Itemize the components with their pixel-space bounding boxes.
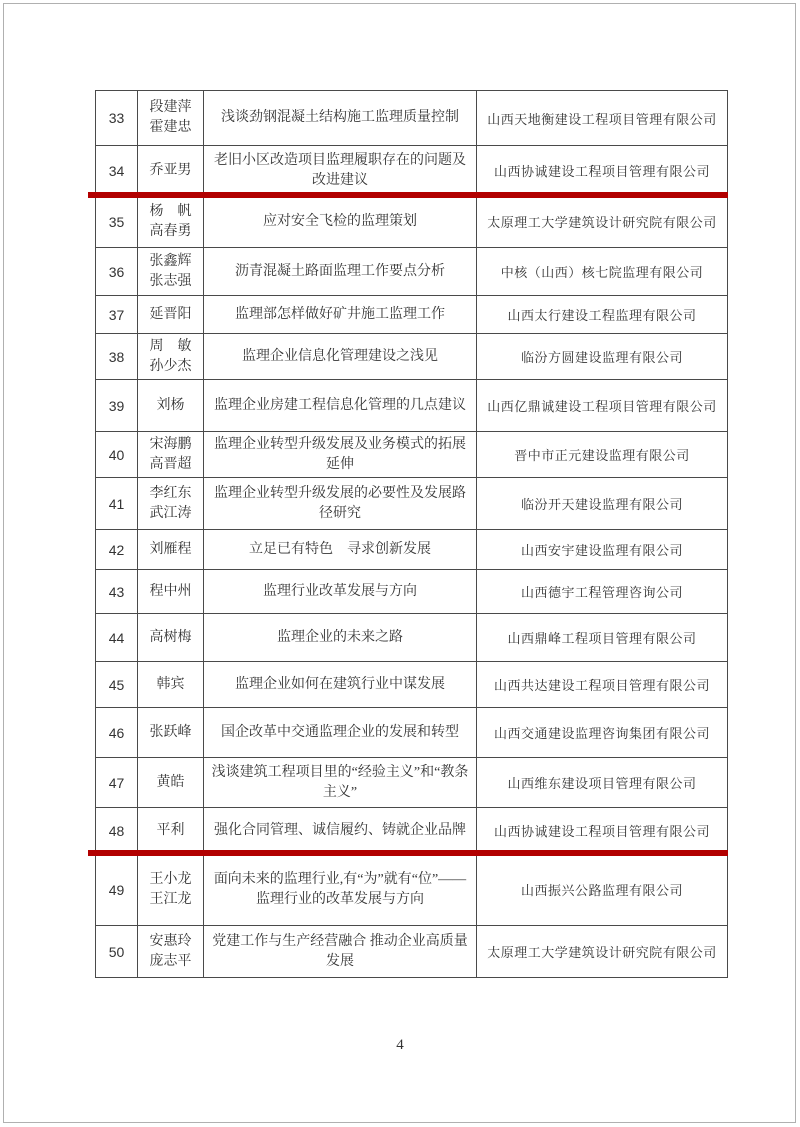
- table-row: 41李红东武江涛监理企业转型升级发展的必要性及发展路径研究临汾开天建设监理有限公…: [96, 478, 728, 530]
- company-name-cell: 山西振兴公路监理有限公司: [477, 854, 728, 926]
- author-name: 延晋阳: [142, 305, 199, 325]
- row-number-cell: 40: [96, 432, 138, 478]
- author-name: 刘杨: [142, 396, 199, 416]
- author-name: 程中州: [142, 582, 199, 602]
- author-name: 黄皓: [142, 773, 199, 793]
- author-names-cell: 韩宾: [138, 662, 204, 708]
- author-name: 霍建忠: [142, 118, 199, 138]
- paper-title-cell: 应对安全飞检的监理策划: [204, 196, 477, 248]
- table-row: 38周 敏孙少杰监理企业信息化管理建设之浅见临汾方圆建设监理有限公司: [96, 334, 728, 380]
- row-number-cell: 33: [96, 91, 138, 146]
- author-name: 王小龙: [142, 870, 199, 890]
- table-wrapper: 33段建萍霍建忠浅谈劲钢混凝土结构施工监理质量控制山西天地衡建设工程项目管理有限…: [95, 90, 727, 978]
- company-name-cell: 太原理工大学建筑设计研究院有限公司: [477, 926, 728, 978]
- page-number: 4: [0, 1037, 800, 1054]
- paper-title-cell: 沥青混凝土路面监理工作要点分析: [204, 248, 477, 296]
- table-row: 47黄皓浅谈建筑工程项目里的“经验主义”和“教条主义”山西维东建设项目管理有限公…: [96, 758, 728, 808]
- paper-title-cell: 国企改革中交通监理企业的发展和转型: [204, 708, 477, 758]
- row-number-cell: 49: [96, 854, 138, 926]
- paper-title-cell: 监理企业的未来之路: [204, 614, 477, 662]
- row-number-cell: 39: [96, 380, 138, 432]
- table-row: 42刘雁程立足已有特色 寻求创新发展山西安宇建设监理有限公司: [96, 530, 728, 570]
- author-name: 杨 帆: [142, 202, 199, 222]
- paper-title-cell: 立足已有特色 寻求创新发展: [204, 530, 477, 570]
- author-names-cell: 乔亚男: [138, 146, 204, 196]
- row-number-cell: 48: [96, 808, 138, 854]
- company-name-cell: 山西亿鼎诚建设工程项目管理有限公司: [477, 380, 728, 432]
- row-number-cell: 38: [96, 334, 138, 380]
- author-name: 高春勇: [142, 222, 199, 242]
- table-row: 43程中州监理行业改革发展与方向山西德宇工程管理咨询公司: [96, 570, 728, 614]
- author-name: 周 敏: [142, 337, 199, 357]
- paper-title-cell: 浅谈劲钢混凝土结构施工监理质量控制: [204, 91, 477, 146]
- company-name-cell: 山西协诚建设工程项目管理有限公司: [477, 146, 728, 196]
- row-number-cell: 50: [96, 926, 138, 978]
- company-name-cell: 晋中市正元建设监理有限公司: [477, 432, 728, 478]
- table-row: 40宋海鹏高晋超监理企业转型升级发展及业务模式的拓展延伸晋中市正元建设监理有限公…: [96, 432, 728, 478]
- author-name: 刘雁程: [142, 540, 199, 560]
- table-row: 37延晋阳监理部怎样做好矿井施工监理工作山西太行建设工程监理有限公司: [96, 296, 728, 334]
- paper-title-cell: 老旧小区改造项目监理履职存在的问题及改进建议: [204, 146, 477, 196]
- author-names-cell: 高树梅: [138, 614, 204, 662]
- table-row: 44高树梅监理企业的未来之路山西鼎峰工程项目管理有限公司: [96, 614, 728, 662]
- author-names-cell: 王小龙王江龙: [138, 854, 204, 926]
- row-number-cell: 46: [96, 708, 138, 758]
- paper-title-cell: 监理企业信息化管理建设之浅见: [204, 334, 477, 380]
- paper-title-cell: 监理企业转型升级发展及业务模式的拓展延伸: [204, 432, 477, 478]
- author-name: 高树梅: [142, 628, 199, 648]
- row-number-cell: 47: [96, 758, 138, 808]
- author-names-cell: 张跃峰: [138, 708, 204, 758]
- company-name-cell: 山西天地衡建设工程项目管理有限公司: [477, 91, 728, 146]
- row-number-cell: 45: [96, 662, 138, 708]
- table-row: 34乔亚男老旧小区改造项目监理履职存在的问题及改进建议山西协诚建设工程项目管理有…: [96, 146, 728, 196]
- row-number-cell: 34: [96, 146, 138, 196]
- author-names-cell: 张鑫辉张志强: [138, 248, 204, 296]
- author-names-cell: 延晋阳: [138, 296, 204, 334]
- table-row: 46张跃峰国企改革中交通监理企业的发展和转型山西交通建设监理咨询集团有限公司: [96, 708, 728, 758]
- table-row: 36张鑫辉张志强沥青混凝土路面监理工作要点分析中核（山西）核七院监理有限公司: [96, 248, 728, 296]
- company-name-cell: 中核（山西）核七院监理有限公司: [477, 248, 728, 296]
- author-names-cell: 平利: [138, 808, 204, 854]
- author-names-cell: 安惠玲庞志平: [138, 926, 204, 978]
- table-row: 48平利强化合同管理、诚信履约、铸就企业品牌山西协诚建设工程项目管理有限公司: [96, 808, 728, 854]
- author-name: 韩宾: [142, 675, 199, 695]
- company-name-cell: 山西鼎峰工程项目管理有限公司: [477, 614, 728, 662]
- company-name-cell: 山西交通建设监理咨询集团有限公司: [477, 708, 728, 758]
- papers-table: 33段建萍霍建忠浅谈劲钢混凝土结构施工监理质量控制山西天地衡建设工程项目管理有限…: [95, 90, 728, 978]
- author-name: 张跃峰: [142, 723, 199, 743]
- author-name: 段建萍: [142, 98, 199, 118]
- row-number-cell: 43: [96, 570, 138, 614]
- table-row: 35杨 帆高春勇应对安全飞检的监理策划太原理工大学建筑设计研究院有限公司: [96, 196, 728, 248]
- company-name-cell: 山西维东建设项目管理有限公司: [477, 758, 728, 808]
- table-row: 49王小龙王江龙面向未来的监理行业,有“为”就有“位”——监理行业的改革发展与方…: [96, 854, 728, 926]
- author-names-cell: 黄皓: [138, 758, 204, 808]
- company-name-cell: 山西协诚建设工程项目管理有限公司: [477, 808, 728, 854]
- author-name: 平利: [142, 821, 199, 841]
- company-name-cell: 太原理工大学建筑设计研究院有限公司: [477, 196, 728, 248]
- company-name-cell: 山西安宇建设监理有限公司: [477, 530, 728, 570]
- row-number-cell: 36: [96, 248, 138, 296]
- company-name-cell: 临汾方圆建设监理有限公司: [477, 334, 728, 380]
- author-names-cell: 杨 帆高春勇: [138, 196, 204, 248]
- red-divider-line: [88, 850, 728, 856]
- paper-title-cell: 监理行业改革发展与方向: [204, 570, 477, 614]
- paper-title-cell: 面向未来的监理行业,有“为”就有“位”——监理行业的改革发展与方向: [204, 854, 477, 926]
- row-number-cell: 42: [96, 530, 138, 570]
- company-name-cell: 山西太行建设工程监理有限公司: [477, 296, 728, 334]
- author-names-cell: 段建萍霍建忠: [138, 91, 204, 146]
- author-name: 宋海鹏: [142, 435, 199, 455]
- author-names-cell: 刘杨: [138, 380, 204, 432]
- company-name-cell: 山西德宇工程管理咨询公司: [477, 570, 728, 614]
- author-names-cell: 程中州: [138, 570, 204, 614]
- paper-title-cell: 强化合同管理、诚信履约、铸就企业品牌: [204, 808, 477, 854]
- paper-title-cell: 监理企业房建工程信息化管理的几点建议: [204, 380, 477, 432]
- author-names-cell: 李红东武江涛: [138, 478, 204, 530]
- author-name: 武江涛: [142, 504, 199, 524]
- document-page: 33段建萍霍建忠浅谈劲钢混凝土结构施工监理质量控制山西天地衡建设工程项目管理有限…: [0, 0, 800, 1127]
- author-name: 安惠玲: [142, 932, 199, 952]
- table-body: 33段建萍霍建忠浅谈劲钢混凝土结构施工监理质量控制山西天地衡建设工程项目管理有限…: [96, 91, 728, 978]
- author-name: 庞志平: [142, 952, 199, 972]
- author-names-cell: 刘雁程: [138, 530, 204, 570]
- author-names-cell: 宋海鹏高晋超: [138, 432, 204, 478]
- author-name: 李红东: [142, 484, 199, 504]
- table-row: 45韩宾监理企业如何在建筑行业中谋发展山西共达建设工程项目管理有限公司: [96, 662, 728, 708]
- author-name: 高晋超: [142, 455, 199, 475]
- paper-title-cell: 监理部怎样做好矿井施工监理工作: [204, 296, 477, 334]
- author-name: 王江龙: [142, 890, 199, 910]
- paper-title-cell: 党建工作与生产经营融合 推动企业高质量发展: [204, 926, 477, 978]
- row-number-cell: 35: [96, 196, 138, 248]
- author-names-cell: 周 敏孙少杰: [138, 334, 204, 380]
- author-name: 张鑫辉: [142, 252, 199, 272]
- paper-title-cell: 浅谈建筑工程项目里的“经验主义”和“教条主义”: [204, 758, 477, 808]
- table-row: 33段建萍霍建忠浅谈劲钢混凝土结构施工监理质量控制山西天地衡建设工程项目管理有限…: [96, 91, 728, 146]
- row-number-cell: 44: [96, 614, 138, 662]
- author-name: 乔亚男: [142, 161, 199, 181]
- company-name-cell: 临汾开天建设监理有限公司: [477, 478, 728, 530]
- row-number-cell: 37: [96, 296, 138, 334]
- paper-title-cell: 监理企业如何在建筑行业中谋发展: [204, 662, 477, 708]
- red-divider-line: [88, 192, 728, 198]
- row-number-cell: 41: [96, 478, 138, 530]
- table-row: 39刘杨监理企业房建工程信息化管理的几点建议山西亿鼎诚建设工程项目管理有限公司: [96, 380, 728, 432]
- author-name: 孙少杰: [142, 357, 199, 377]
- author-name: 张志强: [142, 272, 199, 292]
- company-name-cell: 山西共达建设工程项目管理有限公司: [477, 662, 728, 708]
- table-row: 50安惠玲庞志平党建工作与生产经营融合 推动企业高质量发展太原理工大学建筑设计研…: [96, 926, 728, 978]
- paper-title-cell: 监理企业转型升级发展的必要性及发展路径研究: [204, 478, 477, 530]
